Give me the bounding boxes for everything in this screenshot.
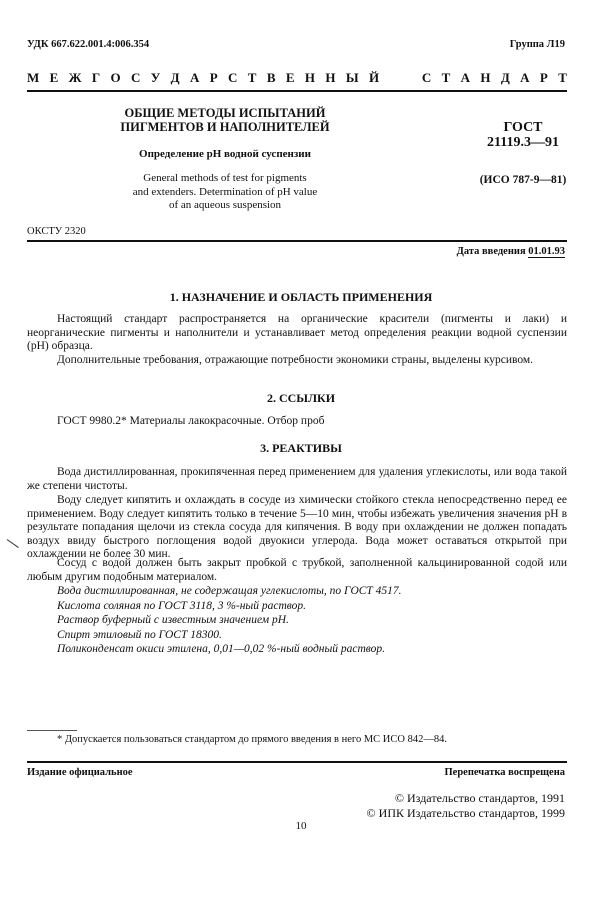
english-title-line-2: and extenders. Determination of pH value [100, 186, 350, 200]
introduction-date-label: Дата введения [457, 246, 526, 257]
banner-letter: Д [501, 70, 510, 86]
banner-letter: С [131, 70, 140, 86]
banner-letter: Е [50, 70, 59, 86]
banner-letter: А [461, 70, 470, 86]
copyright-block: © Издательство стандартов, 1991 © ИПК Из… [367, 791, 565, 821]
section-1-paragraph-1: Настоящий стандарт распространяется на о… [27, 313, 567, 354]
title-line-2: ПИГМЕНТОВ И НАПОЛНИТЕЛЕЙ [100, 120, 350, 134]
banner-letter: Ы [346, 70, 359, 86]
footnote: * Допускается пользоваться стандартом до… [57, 734, 447, 745]
section-3-heading: 3. РЕАКТИВЫ [0, 441, 602, 456]
banner-letter: Р [210, 70, 218, 86]
english-title: General methods of test for pigments and… [100, 172, 350, 213]
reagent-list: Вода дистиллированная, не содержащая угл… [57, 584, 557, 657]
banner-letter: Р [540, 70, 548, 86]
banner-letter: М [27, 70, 39, 86]
page-number: 10 [0, 820, 602, 832]
introduction-date-value: 01.01.93 [528, 246, 565, 258]
banner-letter: Т [442, 70, 451, 86]
margin-mark [7, 539, 19, 548]
document-title-block: ОБЩИЕ МЕТОДЫ ИСПЫТАНИЙ ПИГМЕНТОВ И НАПОЛ… [100, 106, 350, 213]
banner-letter: Н [325, 70, 335, 86]
iso-reference: (ИСО 787-9—81) [448, 174, 598, 186]
banner-letter: Т [558, 70, 567, 86]
okstu-rule [27, 240, 567, 242]
udk-code: УДК 667.622.001.4:006.354 [27, 39, 149, 50]
gost-number: 21119.3—91 [448, 135, 598, 150]
copyright-1999: © ИПК Издательство стандартов, 1999 [367, 806, 565, 821]
banner-letter: Т [248, 70, 257, 86]
english-title-line-1: General methods of test for pigments [100, 172, 350, 186]
banner-letter: Г [92, 70, 100, 86]
banner-letter: С [228, 70, 237, 86]
reagent-item: Кислота соляная по ГОСТ 3118, 3 %-ный ра… [57, 599, 557, 614]
banner-letter: А [520, 70, 529, 86]
section-3-paragraph-1: Вода дистиллированная, прокипяченная пер… [27, 466, 567, 493]
banner-letter: О [111, 70, 121, 86]
section-3-paragraph-2: Воду следует кипятить и охлаждать в сосу… [27, 494, 567, 562]
banner-letter: Ж [69, 70, 82, 86]
reagent-item: Спирт этиловый по ГОСТ 18300. [57, 628, 557, 643]
english-title-line-3: of an aqueous suspension [100, 199, 350, 213]
banner-letter: А [190, 70, 199, 86]
banner-letter: Й [369, 70, 379, 86]
group-code: Группа Л19 [510, 39, 565, 50]
banner-letter: У [151, 70, 161, 86]
section-2-reference: ГОСТ 9980.2* Материалы лакокрасочные. От… [27, 415, 567, 429]
banner-rule [27, 90, 567, 92]
banner-letter: Е [286, 70, 295, 86]
official-edition: Издание официальное [27, 767, 133, 778]
gost-designation: ГОСТ 21119.3—91 (ИСО 787-9—81) [448, 120, 598, 186]
banner-letter: Н [480, 70, 490, 86]
copyright-1991: © Издательство стандартов, 1991 [367, 791, 565, 806]
banner-letter: В [267, 70, 276, 86]
banner-letter: С [422, 70, 431, 86]
reagent-item: Вода дистиллированная, не содержащая угл… [57, 584, 557, 599]
okstu-code: ОКСТУ 2320 [27, 226, 86, 237]
title-line-1: ОБЩИЕ МЕТОДЫ ИСПЫТАНИЙ [100, 106, 350, 120]
section-3-paragraph-3: Сосуд с водой должен быть закрыт пробкой… [27, 557, 567, 584]
gost-label: ГОСТ [448, 120, 598, 135]
section-1-heading: 1. НАЗНАЧЕНИЕ И ОБЛАСТЬ ПРИМЕНЕНИЯ [0, 290, 602, 305]
section-1-paragraph-2: Дополнительные требования, отражающие по… [27, 354, 567, 368]
reprint-prohibited: Перепечатка воспрещена [445, 767, 565, 778]
banner-letter: Д [171, 70, 180, 86]
reagent-item: Раствор буферный с известным значением p… [57, 613, 557, 628]
section-2-heading: 2. ССЫЛКИ [0, 391, 602, 406]
banner-letter: Н [305, 70, 315, 86]
subtitle: Определение pH водной суспензии [100, 148, 350, 160]
footer-rule [27, 761, 567, 763]
reagent-item: Поликонденсат окиси этилена, 0,01—0,02 %… [57, 642, 557, 657]
interstate-standard-banner: МЕЖГОСУДАРСТВЕННЫЙСТАНДАРТ [27, 70, 567, 86]
introduction-date: Дата введения 01.01.93 [457, 246, 565, 257]
footnote-rule [27, 730, 77, 731]
banner-word-gap [389, 70, 411, 86]
